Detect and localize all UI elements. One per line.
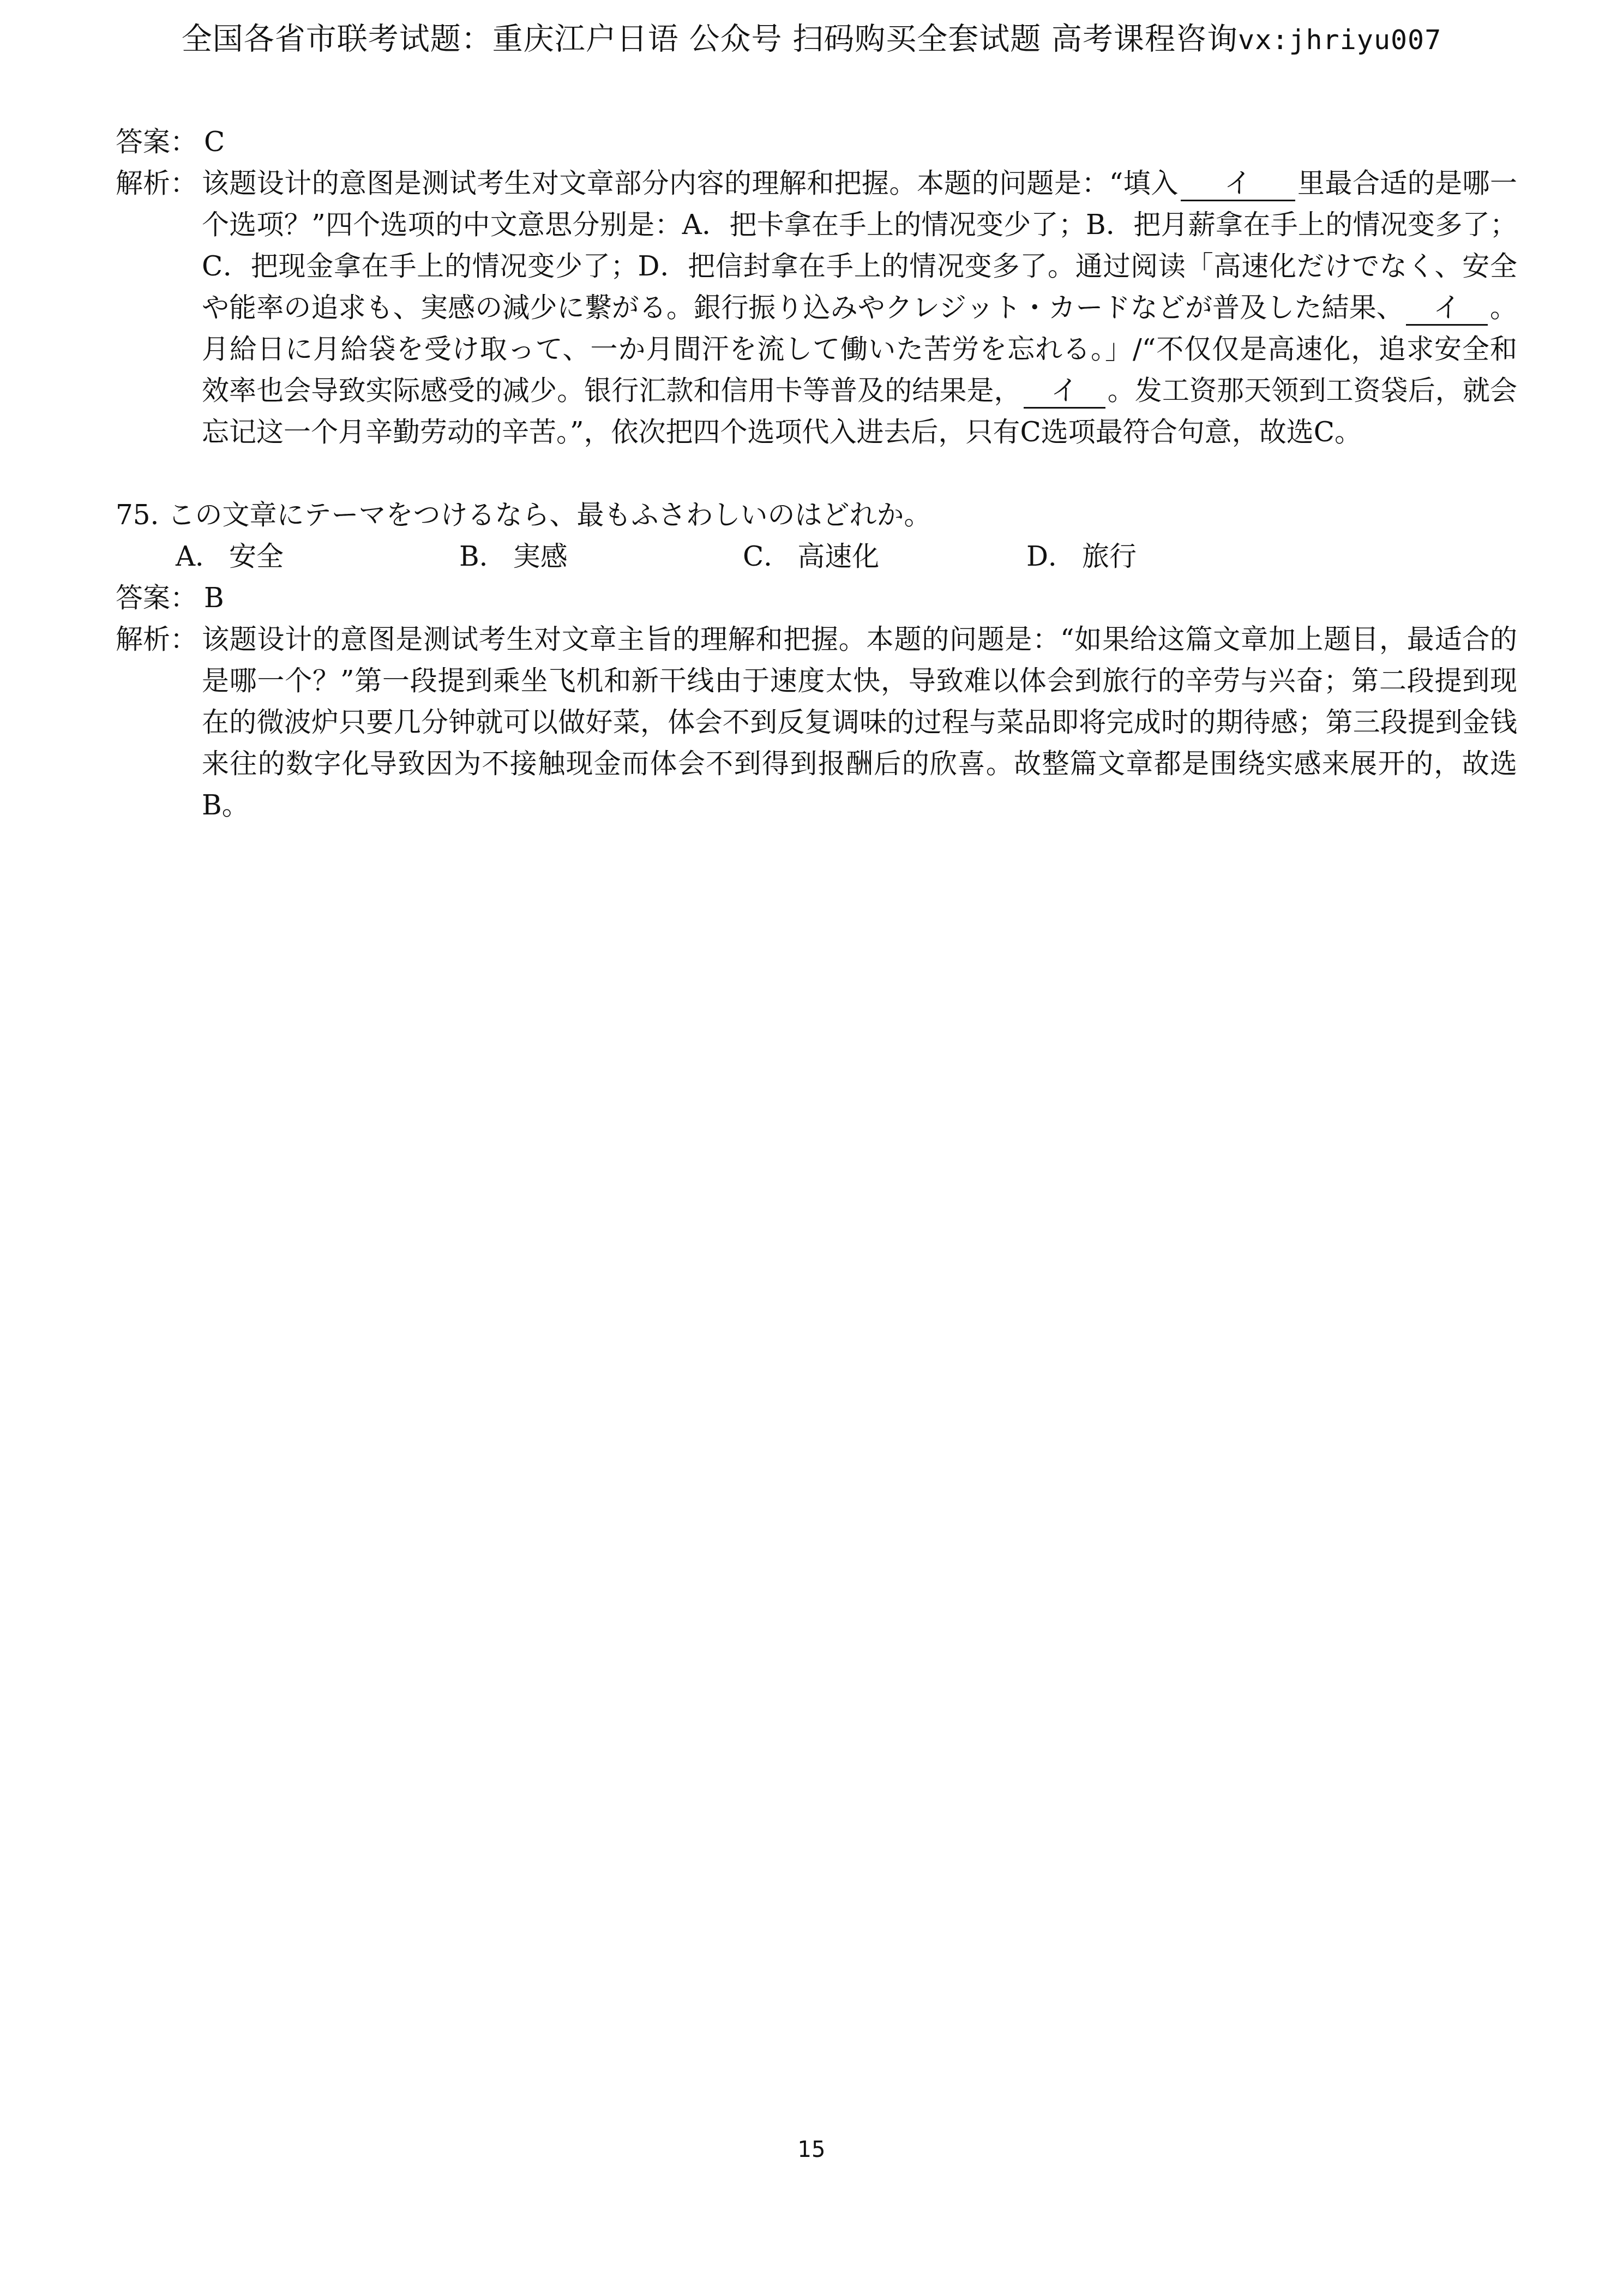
option-text: 旅行	[1082, 541, 1137, 572]
q75-analysis-row: 解析： 该题设计的意图是测试考生对文章主旨的理解和把握。本题的问题是：“如果给这…	[116, 619, 1517, 826]
analysis-segment: 该题设计的意图是测试考生对文章部分内容的理解和把握。本题的问题是：“填入	[202, 167, 1179, 199]
q75-analysis-text: 该题设计的意图是测试考生对文章主旨的理解和把握。本题的问题是：“如果给这篇文章加…	[202, 619, 1517, 826]
option-letter: A．	[176, 541, 223, 572]
question-number: 75.	[116, 499, 159, 531]
page-header: 全国各省市联考试题：重庆江户日语 公众号 扫码购买全套试题 高考课程咨询vx:j…	[0, 17, 1623, 62]
option-d: D．旅行	[1026, 536, 1310, 577]
answer-label: 答案：	[116, 577, 202, 619]
header-contact: vx:jhriyu007	[1238, 24, 1441, 56]
analysis-label: 解析：	[116, 619, 202, 660]
page-number: 15	[0, 2137, 1623, 2162]
question-text: この文章にテーマをつけるなら、最もふさわしいのはどれか。	[167, 499, 931, 531]
option-a: A．安全	[176, 536, 459, 577]
option-letter: B．	[459, 541, 507, 572]
answer-value: B	[202, 577, 224, 619]
q74-analysis-text: 该题设计的意图是测试考生对文章部分内容的理解和把握。本题的问题是：“填入イ里最合…	[202, 163, 1517, 453]
analysis-label: 解析：	[116, 163, 202, 204]
q74-analysis-row: 解析： 该题设计的意图是测试考生对文章部分内容的理解和把握。本题的问题是：“填入…	[116, 163, 1517, 453]
answer-label: 答案：	[116, 121, 202, 163]
fill-blank: イ	[1181, 167, 1295, 201]
option-c: C．高速化	[743, 536, 1026, 577]
option-text: 実感	[513, 541, 568, 572]
fill-blank: イ	[1406, 291, 1488, 326]
option-letter: D．	[1026, 541, 1075, 572]
header-text: 全国各省市联考试题：重庆江户日语 公众号 扫码购买全套试题 高考课程咨询	[182, 21, 1238, 57]
fill-blank: イ	[1024, 374, 1105, 409]
spacer	[116, 453, 1517, 494]
option-letter: C．	[743, 541, 791, 572]
document-body: 答案： C 解析： 该题设计的意图是测试考生对文章部分内容的理解和把握。本题的问…	[116, 121, 1517, 826]
option-text: 安全	[229, 541, 284, 572]
option-b: B．実感	[459, 536, 743, 577]
q75-question: 75. この文章にテーマをつけるなら、最もふさわしいのはどれか。	[116, 494, 1517, 536]
option-text: 高速化	[797, 541, 879, 572]
q75-options: A．安全 B．実感 C．高速化 D．旅行	[116, 536, 1517, 577]
q74-answer-row: 答案： C	[116, 121, 1517, 163]
q75-answer-row: 答案： B	[116, 577, 1517, 619]
answer-value: C	[202, 121, 225, 163]
